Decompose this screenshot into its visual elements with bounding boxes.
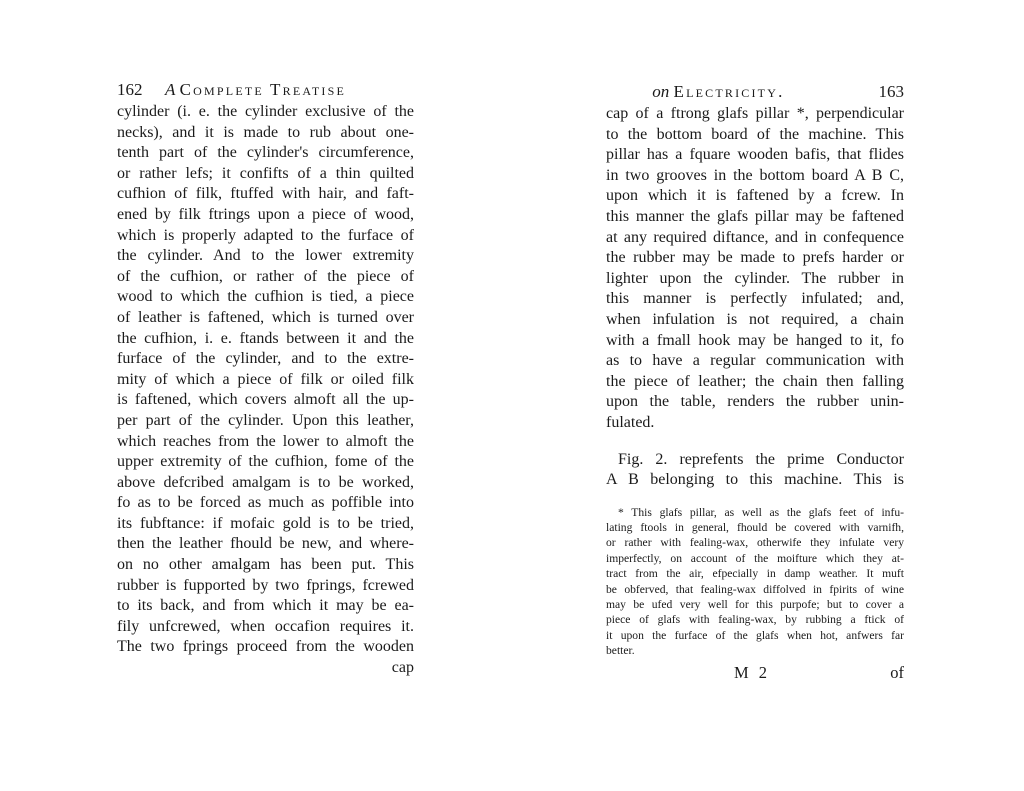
text-line: fulated. <box>606 413 904 434</box>
text-line: this manner the glafs pillar may be faft… <box>606 207 904 228</box>
text-line: with a fmall hook may be hanged to it, f… <box>606 331 904 352</box>
page-number: 163 <box>879 80 905 104</box>
text-line: this manner is perfectly infulated; and, <box>606 289 904 310</box>
text-line: cylinder (i. e. the cylinder exclusive o… <box>117 102 414 123</box>
text-line: upon the table, renders the rubber unin- <box>606 392 904 413</box>
running-head-right: on Electricity. 163 <box>606 80 904 104</box>
footnote-line: tract from the air, efpecially in damp w… <box>606 566 904 581</box>
text-line: pillar has a fquare wooden bafis, that f… <box>606 145 904 166</box>
footnote-line: better. <box>606 643 904 658</box>
text-line: to its back, and from which it may be ea… <box>117 596 414 617</box>
text-line: then the leather fhould be new, and wher… <box>117 534 414 555</box>
text-line: which is properly adapted to the furface… <box>117 226 414 247</box>
text-line: is faftened, which covers almoft all the… <box>117 390 414 411</box>
footnote-line: * This glafs pillar, as well as the glaf… <box>606 505 904 520</box>
text-line: fily unfcrewed, when occafion requires i… <box>117 617 414 638</box>
footnote-line: it upon the furface of the glafs when ho… <box>606 628 904 643</box>
running-title: Electricity. <box>674 82 785 101</box>
text-line: tenth part of the cylinder's circumferen… <box>117 143 414 164</box>
footnote-line: imperfectly, on account of the moifture … <box>606 551 904 566</box>
text-line: necks), and it is made to rub about one- <box>117 123 414 144</box>
footnote-line: lating ftools in general, fhould be cove… <box>606 520 904 535</box>
text-line: of leather is faftened, which is turned … <box>117 308 414 329</box>
footnote-line: piece of glafs with fealing-wax, by rubb… <box>606 612 904 627</box>
page-number: 162 <box>117 80 143 99</box>
text-line: lighter upon the cylinder. The rubber in <box>606 269 904 290</box>
text-line: its fubftance: if mofaic gold is to be t… <box>117 514 414 535</box>
paragraph-2: Fig. 2. reprefents the prime Conductor A… <box>606 450 904 491</box>
catchword: of <box>890 663 904 683</box>
right-page: on Electricity. 163 cap of a ftrong glaf… <box>606 80 904 687</box>
text-line: cap of a ftrong glafs pillar *, perpendi… <box>606 104 904 125</box>
text-line: the cylinder. And to the lower extremity <box>117 246 414 267</box>
text-line: to the bottom board of the machine. This <box>606 125 904 146</box>
text-line: at any required diftance, and in confequ… <box>606 228 904 249</box>
text-line: upper extremity of the cufhion, fome of … <box>117 452 414 473</box>
left-page: 162 A Complete Treatise cylinder (i. e. … <box>117 78 414 679</box>
text-line: above defcribed amalgam is to be worked, <box>117 473 414 494</box>
signature-mark: M 2 <box>734 663 770 683</box>
page-foot: M 2 of <box>606 663 904 687</box>
paragraph-1: cap of a ftrong glafs pillar *, perpendi… <box>606 104 904 434</box>
text-line: wood to which the cufhion is tied, a pie… <box>117 287 414 308</box>
text-line: fo as to be forced as much as poffible i… <box>117 493 414 514</box>
text-line: upon which it is faftened by a fcrew. In <box>606 186 904 207</box>
text-line: the piece of leather; the chain then fal… <box>606 372 904 393</box>
running-head-left: 162 A Complete Treatise <box>117 78 414 102</box>
body-text: cylinder (i. e. the cylinder exclusive o… <box>117 102 414 679</box>
text-line: cufhion of filk, ftuffed with hair, and … <box>117 184 414 205</box>
text-line: on no other amalgam has been put. This <box>117 555 414 576</box>
footnote-line: may be ufed very well for this purpofe; … <box>606 597 904 612</box>
text-line: furface of the cylinder, and to the extr… <box>117 349 414 370</box>
running-title-article: A <box>165 80 175 99</box>
text-line: or rather lefs; it confifts of a thin qu… <box>117 164 414 185</box>
text-line: as to have a regular communication with <box>606 351 904 372</box>
footnote: * This glafs pillar, as well as the glaf… <box>606 505 904 659</box>
text-line: ened by filk ftrings upon a piece of woo… <box>117 205 414 226</box>
text-line: in two grooves in the bottom board A B C… <box>606 166 904 187</box>
text-line: mity of which a piece of filk or oiled f… <box>117 370 414 391</box>
running-title: Complete Treatise <box>180 80 346 99</box>
text-line: rubber is fupported by two fprings, fcre… <box>117 576 414 597</box>
footnote-line: or rather with fealing-wax, otherwife th… <box>606 535 904 550</box>
text-line: A B belonging to this machine. This is <box>606 470 904 491</box>
text-line: Fig. 2. reprefents the prime Conductor <box>606 450 904 471</box>
catchword: cap <box>117 658 414 679</box>
text-line: The two fprings proceed from the wooden <box>117 637 414 658</box>
footnote-line: be obferved, that fealing-wax diffolved … <box>606 582 904 597</box>
text-line: the cufhion, i. e. ftands between it and… <box>117 329 414 350</box>
text-line: the rubber may be made to prefs harder o… <box>606 248 904 269</box>
text-line: which reaches from the lower to almoft t… <box>117 432 414 453</box>
text-line: per part of the cylinder. Upon this leat… <box>117 411 414 432</box>
text-line: when infulation is not required, a chain <box>606 310 904 331</box>
running-title-preposition: on <box>652 82 669 101</box>
text-line: of the cufhion, or rather of the piece o… <box>117 267 414 288</box>
